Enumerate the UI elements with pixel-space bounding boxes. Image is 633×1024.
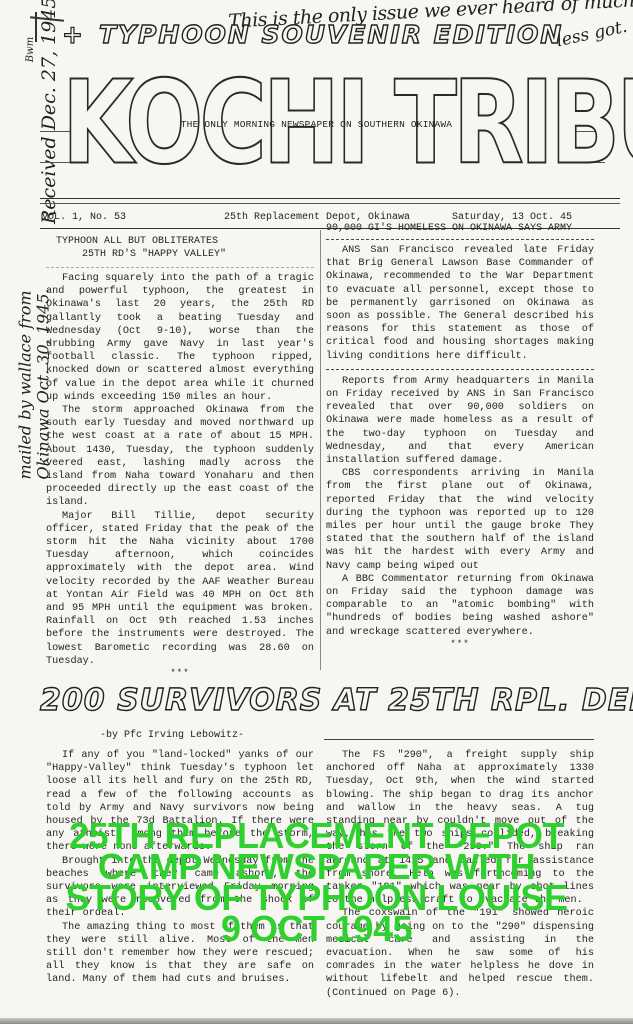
article-paragraph: The amazing thing to most of them is tha… xyxy=(46,921,314,987)
article-happy-valley: TYPHOON ALL BUT OBLITERATES 25TH RD'S "H… xyxy=(46,235,314,678)
cross-mark-icon: + xyxy=(62,20,85,49)
newspaper-page: This is the only issue we ever heard of … xyxy=(0,0,633,1024)
souvenir-title: TYPHOON SOUVENIR EDITION xyxy=(99,20,563,49)
headline-rule xyxy=(326,239,594,240)
article-paragraph: If any of you "land-locked" yanks of our… xyxy=(46,749,314,855)
section-rule xyxy=(326,369,594,370)
headline-rule xyxy=(46,267,314,268)
masthead-tagline: THE ONLY MORNING NEWSPAPER ON SOUTHERN O… xyxy=(0,119,633,130)
article-paragraph: Brought into the depot Wednesday from th… xyxy=(46,855,314,921)
column-divider xyxy=(320,230,321,670)
article-paragraph: A BBC Commentator returning from Okinawa… xyxy=(326,573,594,639)
headline: 90,000 GI'S HOMELESS ON OKINAWA SAYS ARM… xyxy=(326,222,594,235)
handwritten-mailed-note-line1: mailed by wallace from xyxy=(16,310,35,480)
headline-line-2: 25TH RD'S "HAPPY VALLEY" xyxy=(46,248,314,261)
souvenir-edition-banner: +TYPHOON SOUVENIR EDITION xyxy=(62,20,582,49)
article-paragraph: ANS San Francisco revealed late Friday t… xyxy=(326,244,594,363)
article-paragraph: The storm approached Okinawa from the so… xyxy=(46,404,314,510)
article-homeless: 90,000 GI'S HOMELESS ON OKINAWA SAYS ARM… xyxy=(326,222,594,649)
section-end-mark: *** xyxy=(326,639,594,649)
handwritten-initials: Bwm xyxy=(25,37,36,62)
volume-number: VOL. 1, No. 53 xyxy=(42,212,126,223)
article-paragraph: The coxswain of the "191" showed heroic … xyxy=(326,907,594,999)
article-paragraph: Reports from Army headquarters in Manila… xyxy=(326,375,594,467)
survivors-headline: 200 SURVIVORS AT 25TH RPL. DEPOT xyxy=(40,683,596,718)
byline-rule xyxy=(324,739,594,740)
article-survivors-left: If any of you "land-locked" yanks of our… xyxy=(46,749,314,987)
article-survivors-right: The FS "290", a freight supply ship anch… xyxy=(326,749,594,1000)
article-paragraph: The FS "290", a freight supply ship anch… xyxy=(326,749,594,907)
article-paragraph: Major Bill Tillie, depot security office… xyxy=(46,510,314,668)
article-paragraph: CBS correspondents arriving in Manila fr… xyxy=(326,467,594,573)
article-paragraph: Facing squarely into the path of a tragi… xyxy=(46,272,314,404)
headline-line-1: TYPHOON ALL BUT OBLITERATES xyxy=(46,235,314,248)
page-bottom-edge xyxy=(0,1018,633,1024)
masthead-divider xyxy=(40,198,620,204)
section-end-mark: *** xyxy=(46,668,314,678)
byline: -by Pfc Irving Lebowitz- xyxy=(100,730,244,741)
